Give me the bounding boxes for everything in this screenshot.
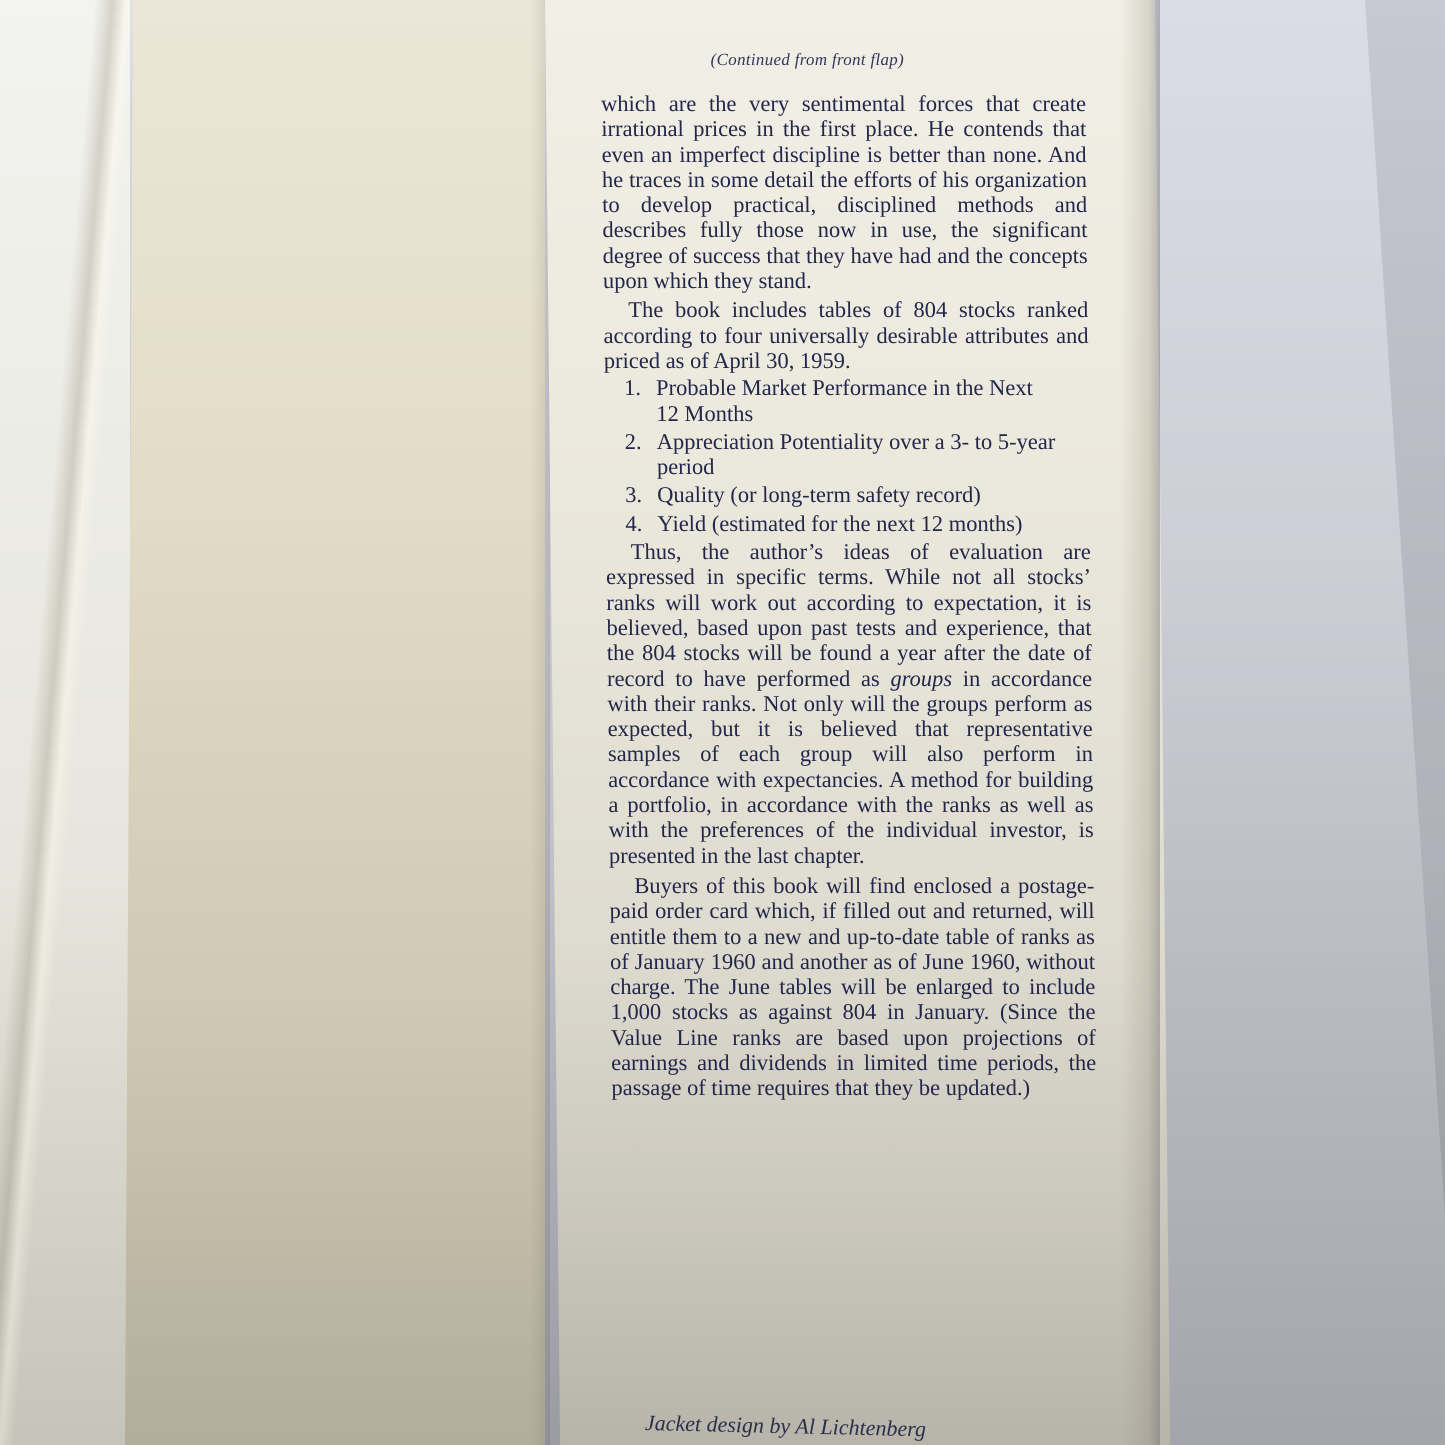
attribute-item: 4. Yield (estimated for the next 12 mont… [625,511,1090,536]
attribute-text: Yield (estimated for the next 12 months) [657,511,1090,536]
paragraph-discipline: which are the very sentimental forces th… [601,91,1088,293]
attribute-item: 3. Quality (or long-term safety record) [625,482,1090,507]
attributes-list: 1. Probable Market Performance in the Ne… [604,375,1091,536]
attribute-number: 2. [624,429,657,480]
attribute-text: Quality (or long-term safety record) [657,482,1090,507]
flap-right-edge [1120,0,1160,1445]
jacket-back-flap: (Continued from front flap) which are th… [545,0,1170,1445]
evaluation-italic-groups: groups [890,666,952,691]
attribute-number: 1. [624,375,657,426]
endpaper [125,0,545,1445]
attribute-text: Probable Market Performance in the Next … [656,375,1090,426]
attribute-text: Appreciation Potentiality over a 3- to 5… [656,429,1090,480]
continued-heading: (Continued from front flap) [711,50,905,70]
attribute-number: 3. [625,482,657,507]
paragraph-tables: The book includes tables of 804 stocks r… [603,297,1089,373]
attribute-item: 2. Appreciation Potentiality over a 3- t… [624,429,1090,480]
jacket-design-credit: Jacket design by Al Lichtenberg [645,1410,926,1442]
flap-content: (Continued from front flap) which are th… [545,0,1170,1445]
evaluation-text-end: in accordance with their ranks. Not only… [607,666,1094,868]
paragraph-buyers: Buyers of this book will find enclosed a… [609,873,1096,1101]
paragraph-evaluation: Thus, the author’s ideas of evaluation a… [606,539,1094,868]
attribute-item: 1. Probable Market Performance in the Ne… [624,375,1090,426]
flap-body-text: which are the very sentimental forces th… [601,91,1097,1101]
attribute-number: 4. [625,511,657,536]
